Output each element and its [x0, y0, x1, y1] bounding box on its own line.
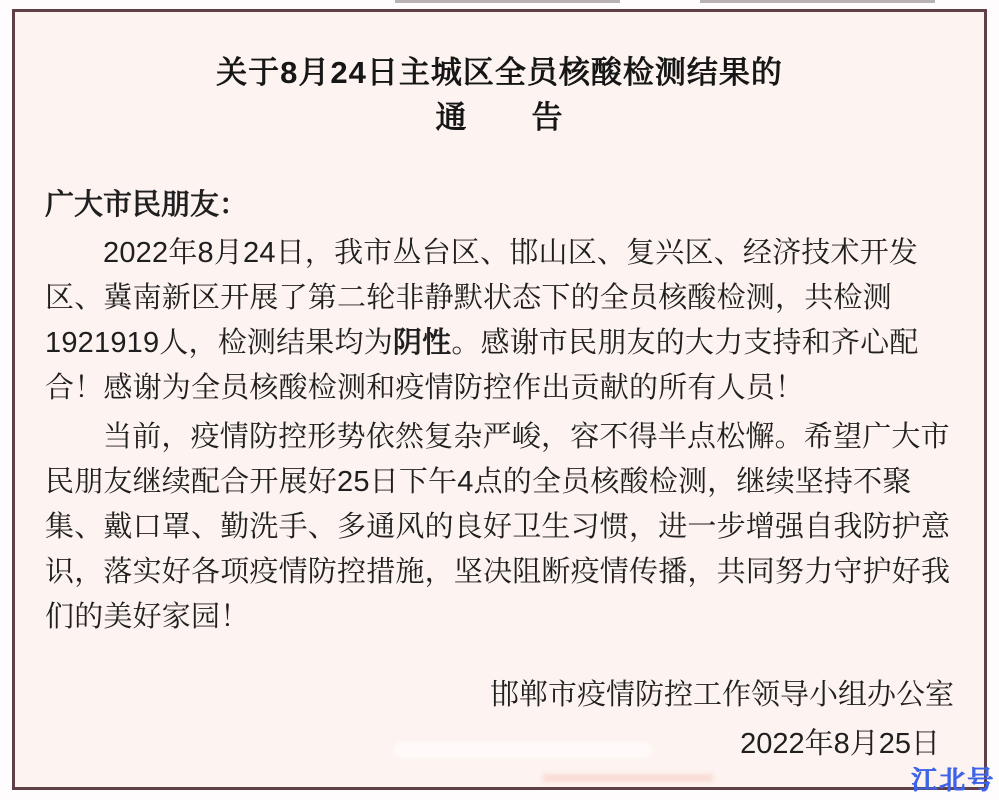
notice-title: 关于8月24日主城区全员核酸检测结果的 — [45, 50, 954, 95]
negative-result-emphasis: 阴性 — [393, 327, 451, 359]
signature: 邯郸市疫情防控工作领导小组办公室 — [45, 673, 954, 718]
watermark-jiangbeihao: 江北号 — [911, 760, 995, 797]
para2-line5: 们的美好家园！ — [45, 595, 954, 640]
notice-box: 关于8月24日主城区全员核酸检测结果的 通 告 广大市民朋友： 2022年8月2… — [12, 9, 987, 790]
top-edge-artifact — [395, 0, 620, 3]
border-fade-artifact — [543, 774, 713, 782]
para2-line4: 识，落实好各项疫情防控措施，坚决阻断疫情传播，共同努力守护好我 — [45, 550, 954, 595]
para1-line2: 区、冀南新区开展了第二轮非静默状态下的全员核酸检测，共检测 — [45, 276, 954, 321]
paragraph-2: 当前，疫情防控形势依然复杂严峻，容不得半点松懈。希望广大市 民朋友继续配合开展好… — [45, 415, 954, 640]
salutation: 广大市民朋友： — [45, 183, 954, 228]
blur-artifact — [393, 742, 653, 758]
para2-line2: 民朋友继续配合开展好25日下午4点的全员核酸检测，继续坚持不聚 — [45, 460, 954, 505]
paragraph-1: 2022年8月24日，我市丛台区、邯山区、复兴区、经济技术开发 区、冀南新区开展… — [45, 231, 954, 411]
notice-subtitle: 通 告 — [45, 95, 954, 140]
para1-line3-suffix: 。感谢市民朋友的大力支持和齐心配 — [451, 327, 918, 359]
para2-line1: 当前，疫情防控形势依然复杂严峻，容不得半点松懈。希望广大市 — [45, 415, 954, 460]
para1-line4: 合！感谢为全员核酸检测和疫情防控作出贡献的所有人员！ — [45, 366, 954, 411]
para1-line3-prefix: 1921919人，检测结果均为 — [45, 327, 393, 359]
top-edge-artifact — [700, 0, 935, 3]
para1-line1: 2022年8月24日，我市丛台区、邯山区、复兴区、经济技术开发 — [45, 231, 954, 276]
notice-page: 关于8月24日主城区全员核酸检测结果的 通 告 广大市民朋友： 2022年8月2… — [0, 0, 999, 800]
para1-line3: 1921919人，检测结果均为阴性。感谢市民朋友的大力支持和齐心配 — [45, 321, 954, 366]
para2-line3: 集、戴口罩、勤洗手、多通风的良好卫生习惯，进一步增强自我防护意 — [45, 505, 954, 550]
